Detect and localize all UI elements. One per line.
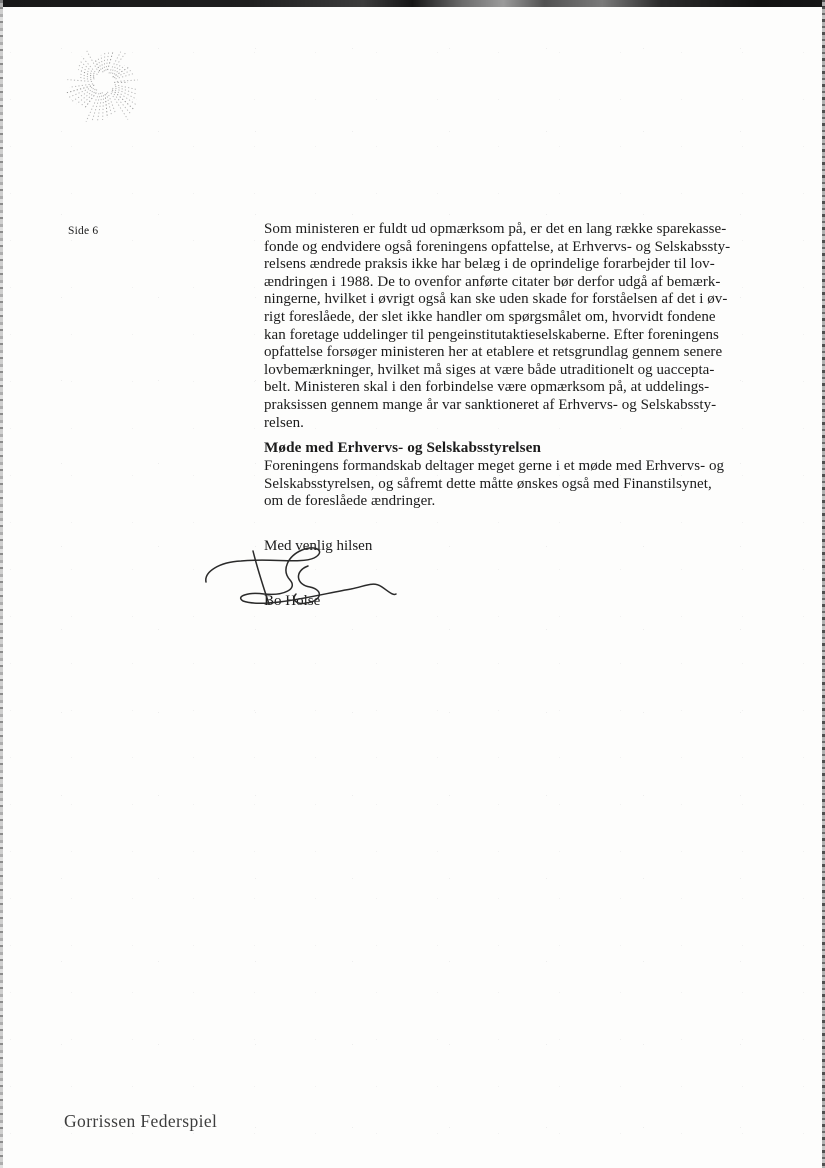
footer-firm-name: Gorrissen Federspiel — [64, 1111, 217, 1132]
page-number-label: Side 6 — [68, 225, 98, 237]
scan-artifact-left-edge — [0, 0, 3, 1168]
firm-logo-starburst-icon — [56, 40, 152, 132]
signature-stroke-stem — [253, 551, 269, 604]
letter-paragraph-meeting: Foreningens formandskab deltager meget g… — [264, 458, 724, 511]
handwritten-signature — [203, 541, 403, 611]
scan-artifact-top-edge — [0, 0, 825, 7]
scanned-letter-page: Side 6 Som ministeren er fuldt ud opmærk… — [0, 0, 825, 1168]
letter-section-heading: Møde med Erhvervs- og Selskabsstyrelsen — [264, 439, 541, 457]
signature-stroke-loop — [206, 548, 396, 603]
letter-paragraph-main: Som ministeren er fuldt ud opmærksom på,… — [264, 221, 730, 432]
